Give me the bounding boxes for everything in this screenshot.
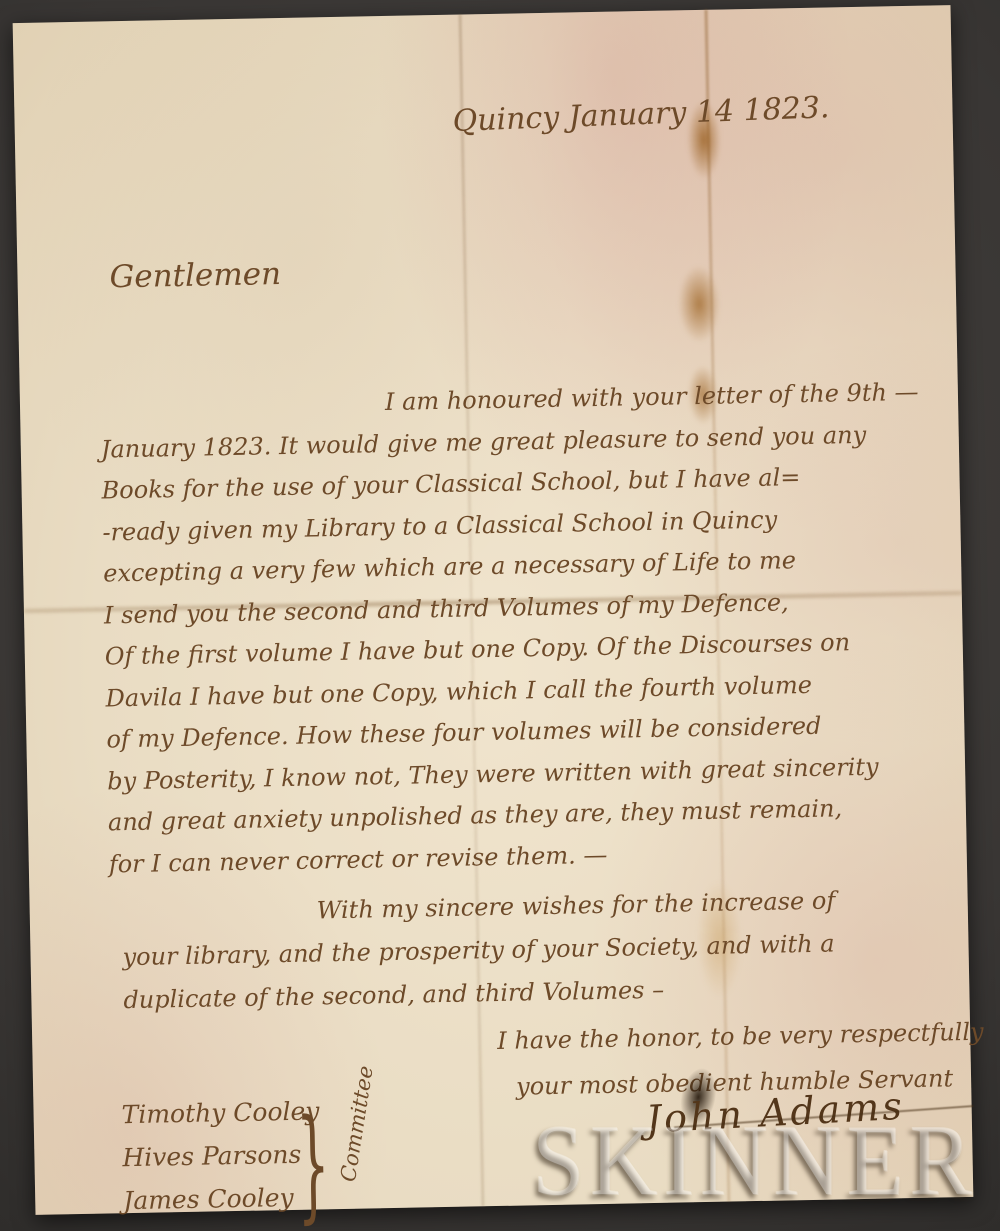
committee-signer-names: Timothy Cooley Hives Parsons James Coole… [121,1089,321,1222]
photo-background: Quincy January 14 1823. Gentlemen I am h… [0,0,1000,1231]
letter-body-paragraph-2: With my sincere wishes for the increase … [121,877,963,1022]
signer-name: Timothy Cooley [121,1089,320,1136]
letter-body-paragraph-1: I am honoured with your letter of the 9t… [100,371,949,885]
dateline: Quincy January 14 1823. [452,90,830,139]
ink-stain [677,265,720,344]
salutation: Gentlemen [109,256,281,295]
letter-paper: Quincy January 14 1823. Gentlemen I am h… [13,5,974,1215]
committee-brace: } [295,1095,331,1231]
skinner-auction-watermark: SKINNER [532,1102,977,1219]
committee-label: Committee [332,1038,382,1210]
signer-name: Hives Parsons [122,1132,321,1179]
signer-name: James Cooley [123,1175,322,1222]
